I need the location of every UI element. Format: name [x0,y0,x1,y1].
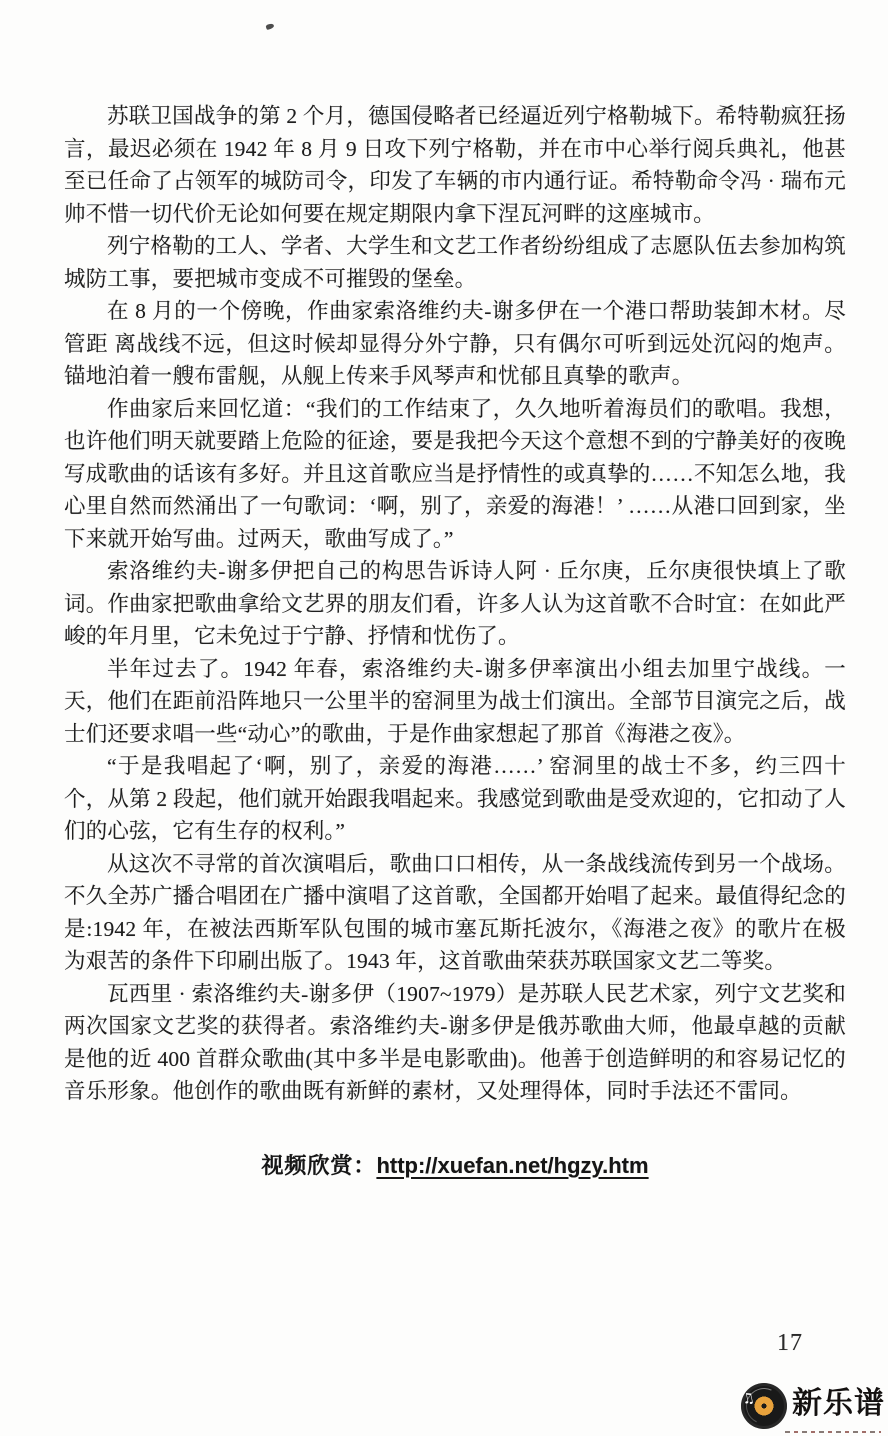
paragraph: 列宁格勒的工人、学者、大学生和文艺工作者纷纷组成了志愿队伍去参加构筑城防工事，要… [64,230,846,295]
page-number: 17 [777,1330,803,1357]
logo-subline [785,1431,881,1433]
paragraph: 半年过去了。1942 年春，索洛维约夫-谢多伊率演出小组去加里宁战线。一天，他们… [64,653,846,751]
video-caption: 视频欣赏：http://xuefan.net/hgzy.htm [64,1150,846,1183]
vinyl-record-icon: ♫ [741,1383,787,1429]
paragraph: “于是我唱起了‘啊，别了，亲爱的海港……’ 窑洞里的战士不多，约三四十个，从第 … [64,750,846,848]
music-note-icon: ♫ [740,1390,756,1408]
video-label: 视频欣赏： [261,1153,376,1178]
paragraph: 从这次不寻常的首次演唱后，歌曲口口相传，从一条战线流传到另一个战场。不久全苏广播… [64,848,846,978]
paragraph: 苏联卫国战争的第 2 个月，德国侵略者已经逼近列宁格勒城下。希特勒疯狂扬言，最迟… [64,100,846,230]
scan-speck [265,23,274,30]
video-url-link[interactable]: http://xuefan.net/hgzy.htm [376,1153,648,1178]
site-logo: ♫ 新乐谱 [741,1383,885,1429]
scanned-page: 苏联卫国战争的第 2 个月，德国侵略者已经逼近列宁格勒城下。希特勒疯狂扬言，最迟… [0,0,888,1436]
paragraph: 索洛维约夫-谢多伊把自己的构思告诉诗人阿 · 丘尔庚，丘尔庚很快填上了歌词。作曲… [64,555,846,653]
paragraph: 在 8 月的一个傍晚，作曲家索洛维约夫-谢多伊在一个港口帮助装卸木材。尽管距 离… [64,295,846,393]
logo-text: 新乐谱 [792,1389,885,1423]
paragraph: 瓦西里 · 索洛维约夫-谢多伊（1907~1979）是苏联人民艺术家，列宁文艺奖… [64,978,846,1108]
paragraph: 作曲家后来回忆道：“我们的工作结束了，久久地听着海员们的歌唱。我想，也许他们明天… [64,393,846,556]
article-body: 苏联卫国战争的第 2 个月，德国侵略者已经逼近列宁格勒城下。希特勒疯狂扬言，最迟… [64,100,846,1182]
